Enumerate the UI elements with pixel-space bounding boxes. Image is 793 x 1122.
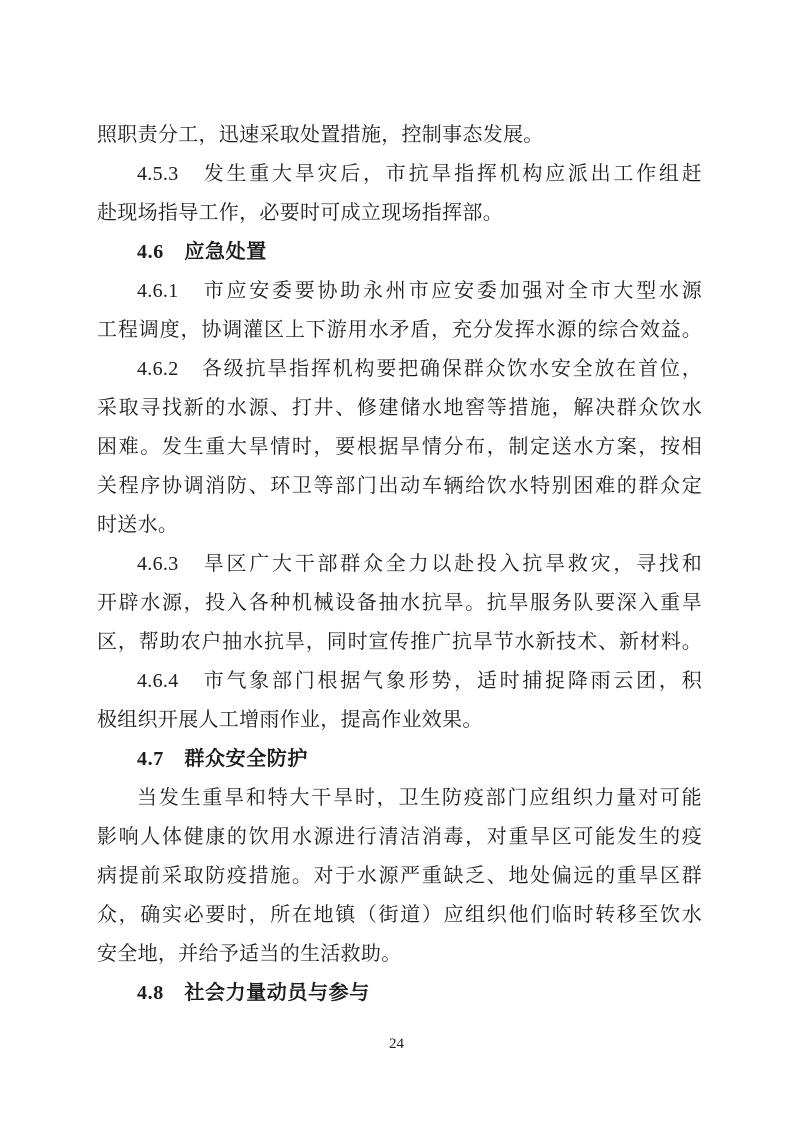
paragraph-line: 开辟水源，投入各种机械设备抽水抗旱。抗旱服务队要深入重旱	[97, 584, 702, 623]
paragraph-line: 安全地，并给予适当的生活救助。	[97, 935, 702, 974]
section-heading-4-6: 4.6 应急处置	[97, 233, 702, 272]
section-heading-4-8: 4.8 社会力量动员与参与	[97, 974, 702, 1013]
paragraph-line: 影响人体健康的饮用水源进行清洁消毒，对重旱区可能发生的疫	[97, 818, 702, 857]
paragraph-line: 4.6.1 市应安委要协助永州市应安委加强对全市大型水源	[97, 272, 702, 311]
paragraph-line: 时送水。	[97, 506, 702, 545]
paragraph-line: 工程调度，协调灌区上下游用水矛盾，充分发挥水源的综合效益。	[97, 311, 702, 350]
paragraph-line: 极组织开展人工增雨作业，提高作业效果。	[97, 701, 702, 740]
paragraph-line: 困难。发生重大旱情时，要根据旱情分布，制定送水方案，按相	[97, 428, 702, 467]
paragraph-line: 4.6.3 旱区广大干部群众全力以赴投入抗旱救灾，寻找和	[97, 545, 702, 584]
section-heading-4-7: 4.7 群众安全防护	[97, 740, 702, 779]
paragraph-line: 采取寻找新的水源、打井、修建储水地窖等措施，解决群众饮水	[97, 389, 702, 428]
document-page: 照职责分工，迅速采取处置措施，控制事态发展。 4.5.3 发生重大旱灾后，市抗旱…	[0, 0, 793, 1122]
paragraph-line: 赴现场指导工作，必要时可成立现场指挥部。	[97, 194, 702, 233]
paragraph-line: 区，帮助农户抽水抗旱，同时宣传推广抗旱节水新技术、新材料。	[97, 623, 702, 662]
paragraph-line: 关程序协调消防、环卫等部门出动车辆给饮水特别困难的群众定	[97, 467, 702, 506]
paragraph-line: 4.6.4 市气象部门根据气象形势，适时捕捉降雨云团，积	[97, 662, 702, 701]
paragraph-line: 众，确实必要时，所在地镇（街道）应组织他们临时转移至饮水	[97, 896, 702, 935]
paragraph-line: 4.5.3 发生重大旱灾后，市抗旱指挥机构应派出工作组赶	[97, 155, 702, 194]
paragraph-line: 病提前采取防疫措施。对于水源严重缺乏、地处偏远的重旱区群	[97, 857, 702, 896]
paragraph-line: 照职责分工，迅速采取处置措施，控制事态发展。	[97, 116, 702, 155]
paragraph-line: 4.6.2 各级抗旱指挥机构要把确保群众饮水安全放在首位，	[97, 350, 702, 389]
paragraph-line: 当发生重旱和特大干旱时，卫生防疫部门应组织力量对可能	[97, 779, 702, 818]
text-body: 照职责分工，迅速采取处置措施，控制事态发展。 4.5.3 发生重大旱灾后，市抗旱…	[97, 116, 702, 1013]
page-number: 24	[0, 1034, 793, 1054]
